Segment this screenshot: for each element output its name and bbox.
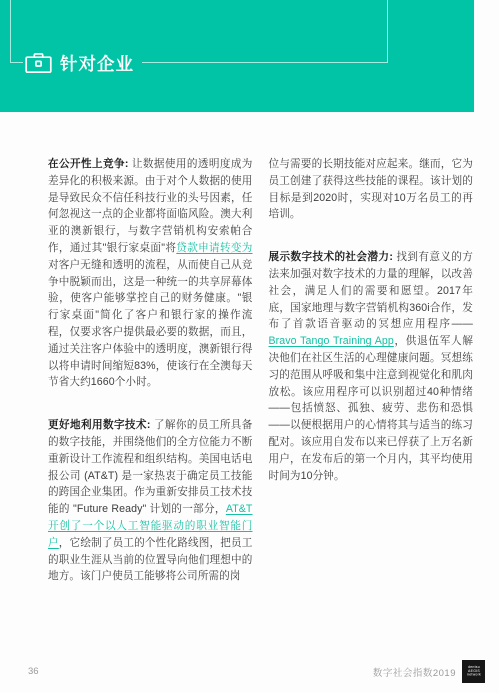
body-text: ，它绘制了员工的个性化路线图，把员工的职业生涯从当前的位置导向他们理想中的地方。… bbox=[48, 537, 253, 583]
body-text: 了解你的员工所具备的数字技能，并围绕他们的全方位能力不断重新设计工作流程和组织结… bbox=[48, 419, 253, 515]
body-text: ，供退伍军人解决他们在社区生活的心理健康问题。冥想练习的范围从呼吸和集中注意到视… bbox=[269, 335, 474, 481]
logo-text: dentsu AEGIS network bbox=[467, 666, 481, 677]
document-page: 针对企业 在公开性上竞争: 让数据使用的透明度成为差异化的积极来源。由于对个人数… bbox=[0, 0, 499, 693]
footer-brand: 数字社会指数2019 dentsu AEGIS network bbox=[373, 660, 485, 683]
paragraph-lead: 在公开性上竞争: bbox=[48, 158, 132, 170]
page-number: 36 bbox=[28, 666, 39, 677]
section-title: 针对企业 bbox=[60, 51, 134, 76]
section-title-block: 针对企业 bbox=[23, 46, 142, 80]
paragraph-lead: 更好地利用数字技术: bbox=[48, 419, 154, 431]
left-column: 在公开性上竞争: 让数据使用的透明度成为差异化的积极来源。由于对个人数据的使用是… bbox=[48, 156, 253, 611]
briefcase-icon bbox=[25, 52, 52, 74]
body-text: 位与需要的长期技能对应起来。继而，它为员工创建了获得这些技能的课程。该计划的目标… bbox=[269, 158, 474, 220]
bravo-tango-app-link[interactable]: Bravo Tango Training App bbox=[269, 335, 394, 347]
paragraph-compete-on-openness: 在公开性上竞争: 让数据使用的透明度成为差异化的积极来源。由于对个人数据的使用是… bbox=[48, 156, 253, 391]
loan-application-link[interactable]: 贷款申请转变为 bbox=[176, 242, 252, 254]
body-text: 对客户无缝和透明的流程，从而使自己从竞争中脱颖而出，这是一种统一的共享屏幕体验，… bbox=[48, 259, 253, 389]
dentsu-aegis-network-logo: dentsu AEGIS network bbox=[462, 660, 485, 683]
paragraph-leverage-digital-tech: 更好地利用数字技术: 了解你的员工所具备的数字技能，并围绕他们的全方位能力不断重… bbox=[48, 417, 253, 585]
footer-brand-text: 数字社会指数2019 bbox=[373, 665, 456, 679]
body-text: 让数据使用的透明度成为差异化的积极来源。由于对个人数据的使用是导致民众不信任科技… bbox=[48, 158, 253, 254]
paragraph-social-potential: 展示数字技术的社会潜力: 找到有意义的方法来加强对数字技术的力量的理解，以改善社… bbox=[269, 249, 474, 484]
right-column: 位与需要的长期技能对应起来。继而，它为员工创建了获得这些技能的课程。该计划的目标… bbox=[269, 156, 474, 611]
paragraph-continuation: 位与需要的长期技能对应起来。继而，它为员工创建了获得这些技能的课程。该计划的目标… bbox=[269, 156, 474, 223]
section-header-band: 针对企业 bbox=[0, 0, 474, 112]
page-content: 在公开性上竞争: 让数据使用的透明度成为差异化的积极来源。由于对个人数据的使用是… bbox=[0, 112, 499, 611]
paragraph-lead: 展示数字技术的社会潜力: bbox=[269, 251, 397, 263]
